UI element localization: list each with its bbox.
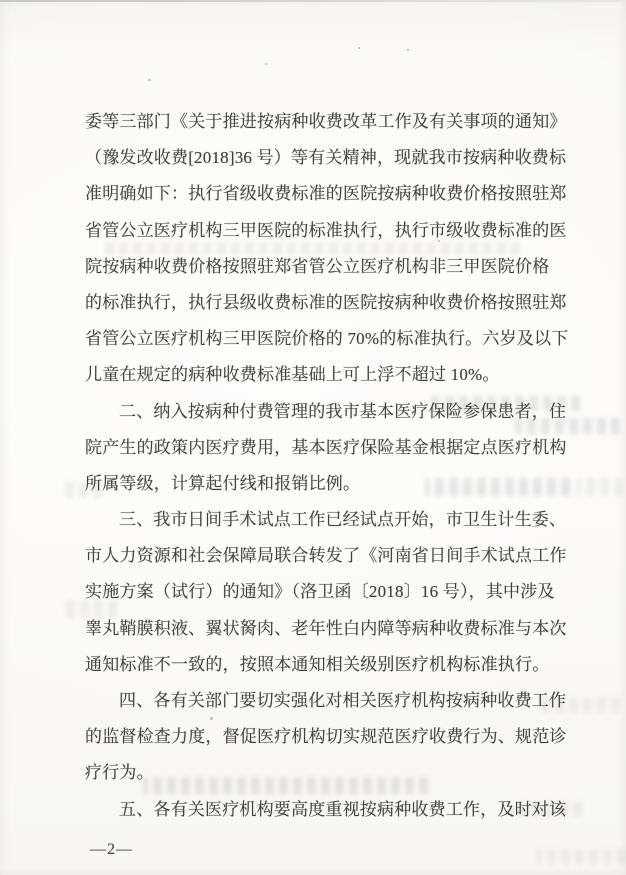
text-line: 睾丸鞘膜积液、翼状胬肉、老年性白内障等病种收费标准与本次	[85, 611, 577, 647]
text-line: 所属等级，计算起付线和报销比例。	[85, 466, 577, 502]
text-line: 儿童在规定的病种收费标准基础上可上浮不超过 10%。	[85, 357, 577, 393]
text-line: 通知标准不一致的，按照本通知相关级别医疗机构标准执行。	[85, 647, 577, 683]
text-line: 五、各有关医疗机构要高度重视按病种收费工作，及时对该	[85, 792, 577, 828]
text-line: 四、各有关部门要切实强化对相关医疗机构按病种收费工作	[85, 683, 577, 719]
paper-speck	[407, 49, 409, 51]
paper-speck	[148, 79, 151, 81]
text-line: 的标准执行，执行县级收费标准的医院按病种收费价格按照驻郑	[85, 285, 577, 321]
text-line: 院产生的政策内医疗费用，基本医疗保险基金根据定点医疗机构	[85, 430, 577, 466]
paper-speck	[358, 47, 360, 49]
text-line: 省管公立医疗机构三甲医院价格的 70%的标准执行。六岁及以下	[85, 321, 577, 357]
paper-speck	[265, 63, 267, 65]
bleedthrough-smudge	[577, 478, 623, 496]
text-line: （豫发改收费[2018]36 号）等有关精神，现就我市按病种收费标	[85, 140, 577, 176]
bleedthrough-smudge	[536, 849, 626, 865]
text-line: 准明确如下：执行省级收费标准的医院按病种收费价格按照驻郑	[85, 176, 577, 212]
text-line: 三、我市日间手术试点工作已经试点开始，市卫生计生委、	[85, 502, 577, 538]
text-line: 省管公立医疗机构三甲医院的标准执行，执行市级收费标准的医	[85, 213, 577, 249]
scan-edge-line	[0, 0, 626, 2]
page-number: —2—	[90, 841, 133, 859]
text-line: 院按病种收费价格按照驻郑省管公立医疗机构非三甲医院价格	[85, 249, 577, 285]
text-line: 委等三部门《关于推进按病种收费改革工作及有关事项的通知》	[85, 104, 577, 140]
text-line: 实施方案（试行）的通知》（洛卫函〔2018〕16 号），其中涉及	[85, 574, 577, 610]
document-text-block: 委等三部门《关于推进按病种收费改革工作及有关事项的通知》（豫发改收费[2018]…	[85, 104, 577, 828]
text-line: 的监督检查力度，督促医疗机构切实规范医疗收费行为、规范诊	[85, 719, 577, 755]
scanned-document-page: 委等三部门《关于推进按病种收费改革工作及有关事项的通知》（豫发改收费[2018]…	[0, 0, 626, 875]
text-line: 二、纳入按病种付费管理的我市基本医疗保险参保患者，住	[85, 394, 577, 430]
text-line: 疗行为。	[85, 755, 577, 791]
text-line: 市人力资源和社会保障局联合转发了《河南省日间手术试点工作	[85, 538, 577, 574]
